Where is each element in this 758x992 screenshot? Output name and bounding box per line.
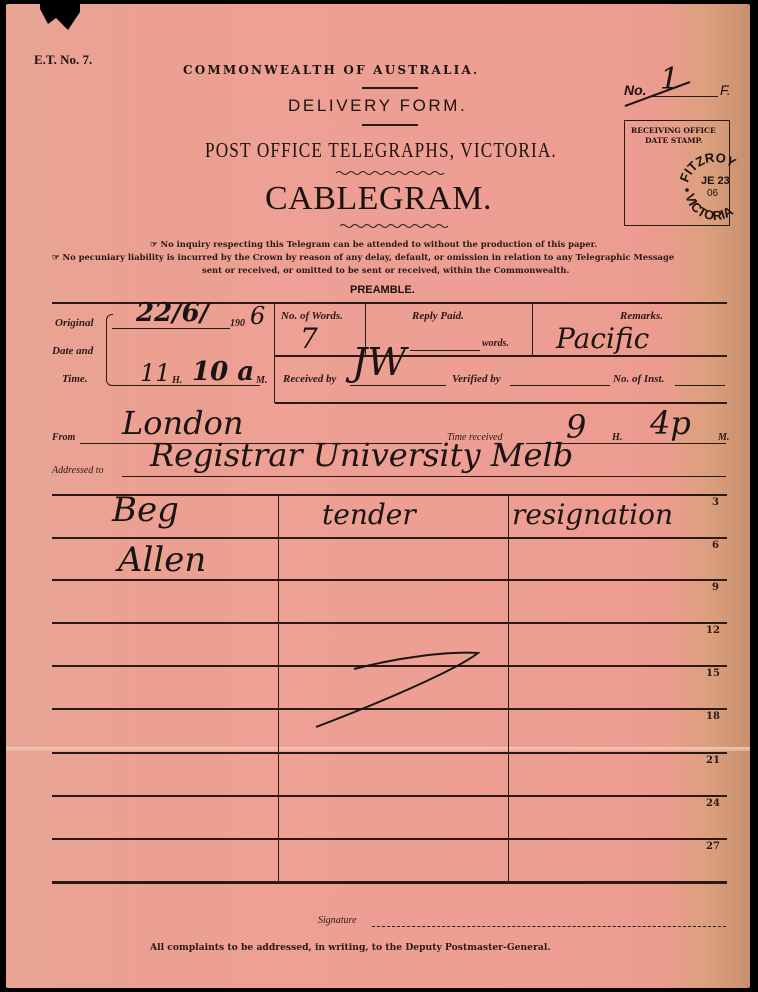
minute-value: 10 a (192, 357, 254, 387)
message-word-2: tender (322, 498, 416, 531)
preamble-heading: PREAMBLE. (350, 284, 415, 296)
h-label: H. (172, 375, 182, 386)
reply-words-label: words. (482, 338, 509, 349)
header-post-office: POST OFFICE TELEGRAPHS, VICTORIA. (205, 138, 557, 163)
date-line (112, 328, 230, 329)
received-by-label: Received by (283, 373, 336, 385)
reply-words-line (410, 350, 480, 351)
header-rule-2 (362, 124, 418, 126)
year-suffix: 6 (250, 302, 265, 330)
header-wave-2 (340, 223, 450, 229)
time-received-m: M. (718, 432, 729, 443)
notice-2: ☞ No pecuniary liability is incurred by … (52, 252, 674, 262)
row-count-2: 6 (712, 540, 719, 551)
row-count-5: 15 (706, 668, 720, 679)
from-label: From (52, 432, 75, 443)
addressed-to-value: Registrar University Melb (150, 436, 573, 474)
no-of-inst-line (675, 385, 725, 386)
row-count-1: 3 (712, 497, 719, 508)
remarks-value: Pacific (556, 322, 649, 355)
form-code: E.T. No. 7. (34, 52, 92, 68)
words-label: No. of Words. (281, 310, 343, 322)
m-label: M. (256, 375, 267, 386)
row-count-4: 12 (706, 625, 720, 636)
year-prefix: 190 (230, 318, 245, 329)
remarks-divider (532, 303, 533, 355)
header-wave-1 (336, 170, 446, 176)
addressed-to-label: Addressed to (52, 465, 104, 476)
message-word-4: Allen (118, 540, 206, 580)
header-commonwealth: COMMONWEALTH OF AUSTRALIA. (183, 63, 479, 77)
row-count-7: 21 (706, 755, 720, 766)
received-by-value: JW (352, 340, 406, 384)
stamp-box-label-1: RECEIVING OFFICE (631, 126, 716, 135)
remarks-label: Remarks. (620, 310, 663, 322)
grid-rule-8 (52, 838, 727, 840)
date-value: 22/6/ (136, 298, 209, 328)
grid-rule-6 (52, 752, 727, 754)
number-flourish (620, 78, 700, 108)
row-count-6: 18 (706, 711, 720, 722)
grid-rule-1 (52, 537, 727, 539)
message-word-3: resignation (512, 498, 673, 531)
grid-col-divider-1 (278, 496, 279, 882)
complaints-notice: All complaints to be addressed, in writi… (150, 942, 551, 953)
row-count-3: 9 (712, 582, 719, 593)
date-and-label: Date and (52, 345, 93, 357)
form-title: CABLEGRAM. (265, 180, 492, 218)
grid-rule-9 (52, 881, 727, 884)
paper-fold (6, 747, 750, 751)
row-count-9: 27 (706, 841, 720, 852)
addressed-to-line (122, 476, 726, 477)
pointing-hand-icon: ☞ (150, 239, 160, 249)
row-count-8: 24 (706, 798, 720, 809)
time-label: Time. (62, 373, 88, 385)
pointing-hand-icon: ☞ (52, 252, 62, 262)
header-delivery-form: DELIVERY FORM. (288, 96, 467, 116)
grid-rule-7 (52, 795, 727, 797)
grid-rule-3 (52, 622, 727, 624)
notice-3: sent or received, or omitted to be sent … (202, 265, 569, 275)
preamble-mid-rule (275, 355, 727, 357)
grid-col-divider-2 (508, 496, 509, 882)
stamp-box-label-2: DATE STAMP. (645, 136, 703, 145)
postmark-year: 06 (707, 188, 718, 199)
original-label: Original (55, 317, 94, 329)
end-of-message-mark (310, 645, 490, 735)
notice-1: ☞ No inquiry respecting this Telegram ca… (150, 239, 597, 249)
signature-line (372, 926, 726, 927)
preamble-left-border (274, 303, 275, 403)
brace (106, 314, 113, 386)
no-of-inst-label: No. of Inst. (613, 373, 664, 385)
time-received-min: 4p (650, 404, 691, 442)
header-rule-1 (362, 87, 418, 89)
signature-label: Signature (318, 915, 357, 926)
received-by-line (350, 385, 446, 386)
number-suffix: F. (720, 82, 731, 98)
postmark-date: JE 23 (701, 175, 730, 187)
verified-by-line (510, 385, 610, 386)
time-received-h: H. (612, 432, 622, 443)
postmark: FITZROY VICTORIA JE 23 06 (675, 150, 755, 230)
hour-value: 11 (140, 359, 171, 387)
verified-by-label: Verified by (452, 373, 501, 385)
reply-paid-label: Reply Paid. (412, 310, 464, 322)
message-word-1: Beg (112, 490, 179, 530)
words-value: 7 (300, 322, 318, 355)
